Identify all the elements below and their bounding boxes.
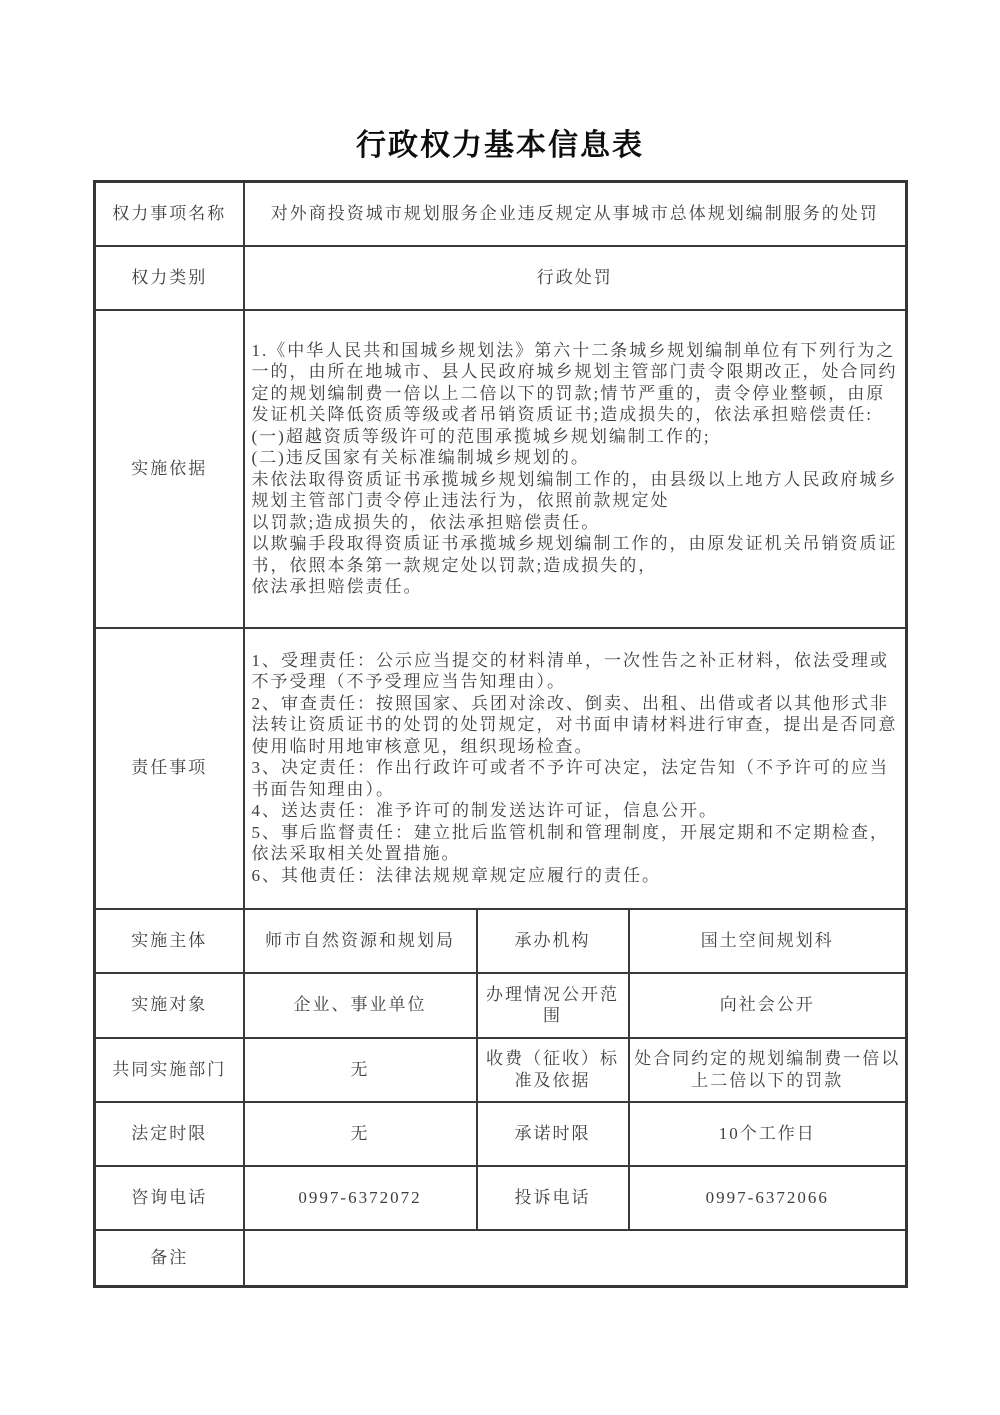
table-row-item-name: 权力事项名称 对外商投资城市规划服务企业违反规定从事城市总体规划编制服务的处罚 [95,182,907,246]
joint-dept-label: 共同实施部门 [95,1038,244,1102]
table-row-subject: 实施主体 师市自然资源和规划局 承办机构 国土空间规划科 [95,909,907,973]
page-title: 行政权力基本信息表 [0,0,1000,180]
joint-dept-value: 无 [244,1038,477,1102]
complaint-phone-label: 投诉电话 [477,1166,629,1230]
public-scope-value: 向社会公开 [629,973,907,1038]
duties-value: 1、受理责任：公示应当提交的材料清单，一次性告之补正材料，依法受理或不予受理（不… [244,628,907,909]
legal-time-value: 无 [244,1102,477,1166]
table-row-basis: 实施依据 1.《中华人民共和国城乡规划法》第六十二条城乡规划编制单位有下列行为之… [95,310,907,628]
basis-label: 实施依据 [95,310,244,628]
remarks-label: 备注 [95,1230,244,1287]
consult-phone-value: 0997-6372072 [244,1166,477,1230]
table-row-remarks: 备注 [95,1230,907,1287]
target-label: 实施对象 [95,973,244,1038]
subject-value: 师市自然资源和规划局 [244,909,477,973]
info-table: 权力事项名称 对外商投资城市规划服务企业违反规定从事城市总体规划编制服务的处罚 … [93,180,908,1288]
category-value: 行政处罚 [244,246,907,310]
category-label: 权力类别 [95,246,244,310]
public-scope-label: 办理情况公开范围 [477,973,629,1038]
promised-time-label: 承诺时限 [477,1102,629,1166]
document-page: 行政权力基本信息表 权力事项名称 对外商投资城市规划服务企业违反规定从事城市总体… [0,0,1000,1415]
item-name-label: 权力事项名称 [95,182,244,246]
table-row-duties: 责任事项 1、受理责任：公示应当提交的材料清单，一次性告之补正材料，依法受理或不… [95,628,907,909]
complaint-phone-value: 0997-6372066 [629,1166,907,1230]
remarks-value [244,1230,907,1287]
legal-time-label: 法定时限 [95,1102,244,1166]
agency-value: 国土空间规划科 [629,909,907,973]
table-row-phone: 咨询电话 0997-6372072 投诉电话 0997-6372066 [95,1166,907,1230]
table-row-category: 权力类别 行政处罚 [95,246,907,310]
table-row-joint: 共同实施部门 无 收费（征收）标准及依据 处合同约定的规划编制费一倍以上二倍以下… [95,1038,907,1102]
target-value: 企业、事业单位 [244,973,477,1038]
duties-label: 责任事项 [95,628,244,909]
table-row-target: 实施对象 企业、事业单位 办理情况公开范围 向社会公开 [95,973,907,1038]
agency-label: 承办机构 [477,909,629,973]
promised-time-value: 10个工作日 [629,1102,907,1166]
fee-standard-label: 收费（征收）标准及依据 [477,1038,629,1102]
subject-label: 实施主体 [95,909,244,973]
basis-value: 1.《中华人民共和国城乡规划法》第六十二条城乡规划编制单位有下列行为之一的，由所… [244,310,907,628]
consult-phone-label: 咨询电话 [95,1166,244,1230]
fee-standard-value: 处合同约定的规划编制费一倍以上二倍以下的罚款 [629,1038,907,1102]
table-row-time-limit: 法定时限 无 承诺时限 10个工作日 [95,1102,907,1166]
item-name-value: 对外商投资城市规划服务企业违反规定从事城市总体规划编制服务的处罚 [244,182,907,246]
